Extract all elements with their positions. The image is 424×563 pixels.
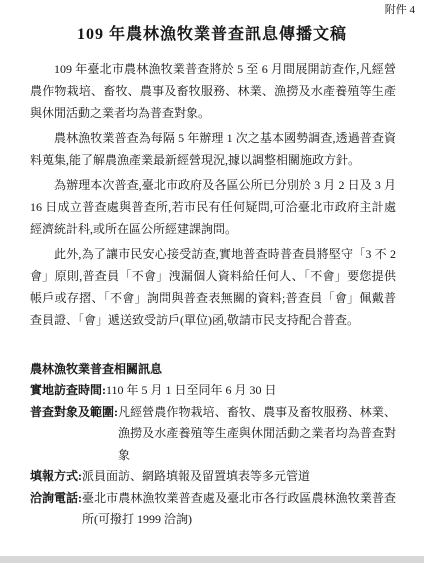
info-value: 派員面訪、網路填報及留置填表等多元管道	[82, 466, 396, 488]
page-bottom-edge	[0, 556, 424, 563]
info-label: 洽詢電話:	[30, 488, 82, 510]
info-value: 110 年 5 月 1 日至同年 6 月 30 日	[106, 380, 396, 402]
info-row-census-scope: 普查對象及範圍: 凡經營農作物栽培、畜牧、農事及畜牧服務、林業、漁撈及水產養殖等…	[30, 402, 396, 467]
info-row-contact-phone: 洽詢電話: 臺北市農林漁牧業普查處及臺北市各行政區農林漁牧業普查所(可撥打 19…	[30, 488, 396, 531]
attachment-label: 附件 4	[0, 0, 424, 17]
info-label: 實地訪查時間:	[30, 380, 106, 402]
document-body: 109 年臺北市農林漁牧業普查將於 5 至 6 月間展開訪查作,凡經營農作物栽培…	[30, 58, 396, 531]
paragraph: 此外,為了讓市民安心接受訪查,實地普查時普查員將堅守「3 不 2 會」原則,普查…	[30, 243, 396, 331]
info-label: 普查對象及範圍:	[30, 402, 118, 424]
info-label: 填報方式:	[30, 466, 82, 488]
paragraph: 為辦理本次普查,臺北市政府及各區公所已分別於 3 月 2 日及 3 月 16 日…	[30, 174, 396, 240]
document-page: 附件 4 109 年農林漁牧業普查訊息傳播文稿 109 年臺北市農林漁牧業普查將…	[0, 0, 424, 563]
info-value: 臺北市農林漁牧業普查處及臺北市各行政區農林漁牧業普查所(可撥打 1999 洽詢)	[82, 488, 396, 531]
info-row-visit-time: 實地訪查時間: 110 年 5 月 1 日至同年 6 月 30 日	[30, 380, 396, 402]
info-row-reporting-method: 填報方式: 派員面訪、網路填報及留置填表等多元管道	[30, 466, 396, 488]
info-section-heading: 農林漁牧業普查相關訊息	[30, 358, 396, 380]
paragraph: 農林漁牧業普查為每隔 5 年辦理 1 次之基本國勢調查,透過普查資料蒐集,能了解…	[30, 127, 396, 171]
page-title: 109 年農林漁牧業普查訊息傳播文稿	[0, 25, 424, 45]
info-value: 凡經營農作物栽培、畜牧、農事及畜牧服務、林業、漁撈及水產養殖等生產與休閒活動之業…	[118, 402, 396, 467]
paragraph: 109 年臺北市農林漁牧業普查將於 5 至 6 月間展開訪查作,凡經營農作物栽培…	[30, 58, 396, 124]
